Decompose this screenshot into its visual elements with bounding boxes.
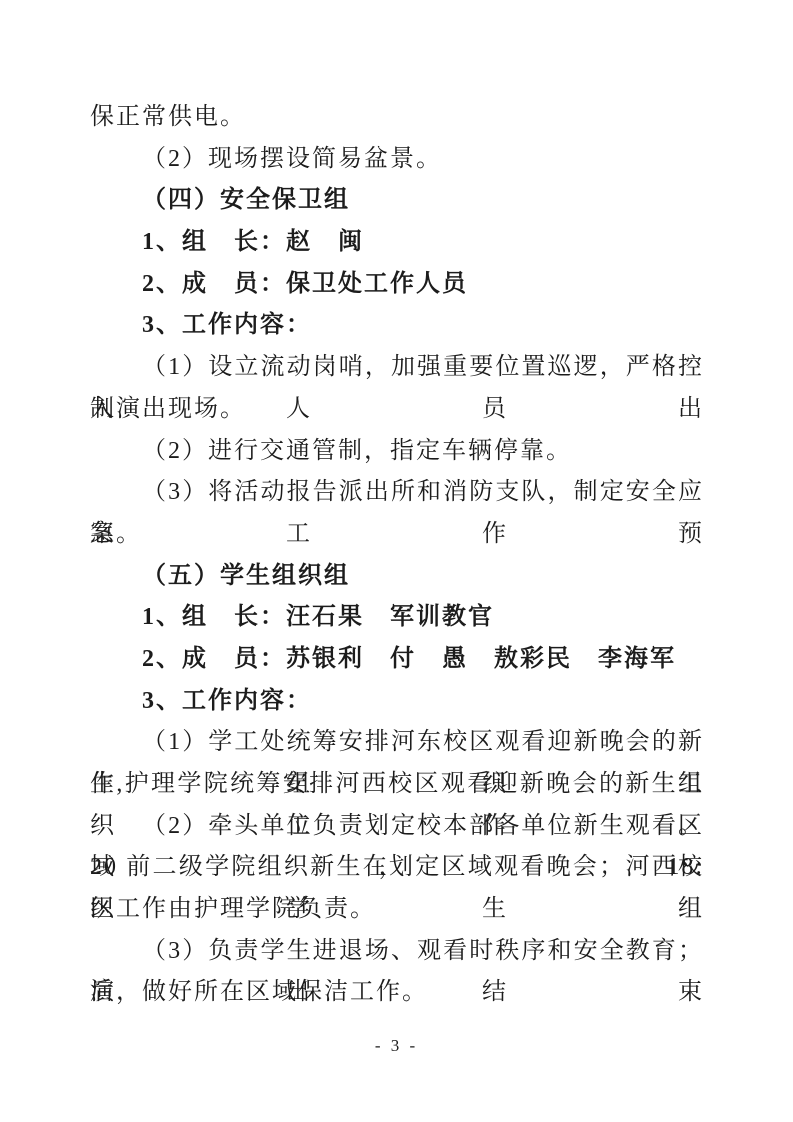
text-line: 3、工作内容：	[90, 681, 704, 723]
text-line: （四）安全保卫组	[90, 180, 704, 222]
text-line: 3、工作内容：	[90, 305, 704, 347]
text-line: 1、组 长：赵 闽	[90, 222, 704, 264]
text-line: （3）将活动报告派出所和消防支队，制定安全应急工作预	[90, 472, 704, 514]
text-line: 保正常供电。	[90, 97, 704, 139]
text-line: （3）负责学生进退场、观看时秩序和安全教育；演出结束	[90, 931, 704, 973]
text-line: （2）现场摆设简易盆景。	[90, 139, 704, 181]
text-line: （2）进行交通管制，指定车辆停靠。	[90, 431, 704, 473]
document-page: 保正常供电。（2）现场摆设简易盆景。（四）安全保卫组1、组 长：赵 闽2、成 员…	[0, 0, 793, 1122]
text-line: （1）设立流动岗哨，加强重要位置巡逻，严格控制人员出	[90, 347, 704, 389]
text-line: 1、组 长：汪石果 军训教官	[90, 597, 704, 639]
text-line: （1）学工处统筹安排河东校区观看迎新晚会的新生组织工	[90, 722, 704, 764]
text-line: 作,护理学院统筹安排河西校区观看迎新晚会的新生组织工作。	[90, 764, 704, 806]
page-number: - 3 -	[0, 1036, 793, 1056]
text-line: 20 前二级学院组织新生在划定区域观看晚会；河西校区学生组	[90, 847, 704, 889]
text-line: 2、成 员：保卫处工作人员	[90, 264, 704, 306]
text-line: （2）牵头单位负责划定校本部各单位新生观看区域，18:	[90, 806, 704, 848]
text-line: （五）学生组织组	[90, 556, 704, 598]
document-body: 保正常供电。（2）现场摆设简易盆景。（四）安全保卫组1、组 长：赵 闽2、成 员…	[90, 97, 704, 1014]
text-line: 2、成 员：苏银利 付 愚 敖彩民 李海军	[90, 639, 704, 681]
